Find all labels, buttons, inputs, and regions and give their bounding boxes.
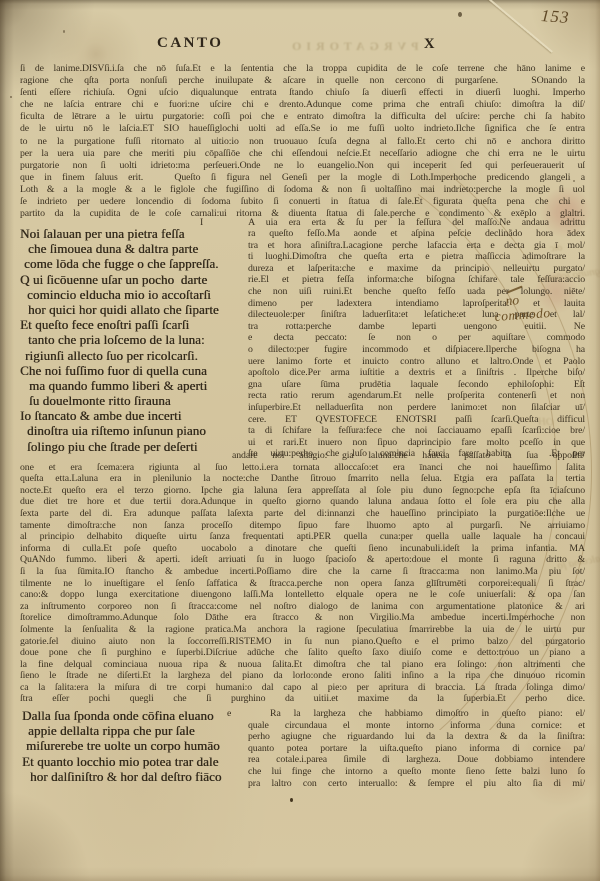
commentary-line: ſexta parte del di. Era adunque paſſata … xyxy=(20,508,585,520)
commentary-line: ragione che qſta porta nonſuſi perche in… xyxy=(20,75,585,87)
commentary-line: perho agiugne che riguardando lui da la … xyxy=(248,731,585,743)
commentary-line: QuANdo fummo. liberi & aperti. ideſt arr… xyxy=(20,554,585,566)
commentary-line: o dilecto:per fugire incommodo et diſpia… xyxy=(248,344,585,356)
commentary-line: la fine delqual cominciaua nuoua ripa & … xyxy=(20,659,585,671)
commentary-line: nocte.Et queſto era el terzo giorno. Ipc… xyxy=(20,485,585,497)
poem-verse: come lōda che fugge o che ſappreſſa. xyxy=(20,256,250,271)
ink-speck xyxy=(290,798,293,802)
commentary-line: ra queſto feſſo.Ma aonde et aſpina peſci… xyxy=(248,228,585,240)
bleedthrough-scribble: oic xyxy=(550,242,563,254)
commentary-line: tra rotta:perche dambe leparti uengono e… xyxy=(248,321,585,333)
commentary-line: rea cotale.i.parea ſimile di largheza. D… xyxy=(248,754,585,766)
commentary-line: apoſtolo dice.Per arma iuſtitie a dextri… xyxy=(248,367,585,379)
poem-verse: Noi ſalauan per una pietra feſſa xyxy=(20,226,250,241)
commentary-line: ca la ſalita:era la miſura di tre corpi … xyxy=(20,682,585,694)
commentary-line: purgatorie non ſi uolti idrieto:ma perſe… xyxy=(20,160,585,172)
commentary-line: e decta peccato: ſe non o per aquiſtare … xyxy=(248,332,585,344)
commentary-line: ſe indrieto per uedere loncendio di ſodo… xyxy=(20,196,585,208)
commentary-line: de le uirtu nō le laſcia.ET SIO haueſſig… xyxy=(20,123,585,135)
commentary-line: informa di culla.Et poſe queſto uocabolo… xyxy=(20,543,585,555)
poem-verse: dinoſtra uia riſtemo inſunun piano xyxy=(20,423,250,438)
poem-verse: hor dalſiniſtro & hor dal deſtro fiāco xyxy=(22,769,247,784)
commentary-line: doue pone che ſi purghino e ſuperbi.Diſc… xyxy=(20,647,585,659)
commentary-line: tra et hora aſiniſtra.Lacagione perche l… xyxy=(248,240,585,252)
poem-verse: miſurerebe tre uolte un corpo humāo xyxy=(22,738,247,753)
bleedthrough-running-title: PVRGATORIO xyxy=(287,39,419,54)
poem-verse: ma quando fummo liberi & aperti xyxy=(20,378,250,393)
commentary-line: tilmente ne lo inueſtigare el ſenſo ſaff… xyxy=(20,578,585,590)
commentary-line: ſi de lanime.DISVſi.i.ſa che nō ſuſa.Et … xyxy=(20,63,585,75)
commentary-line: ſenti eſſere richiuſa. Ogni uſcio diqual… xyxy=(20,87,585,99)
commentary-line: che ne laſcia entrare chi e fuori:ne uſc… xyxy=(20,99,585,111)
commentary-line: gatorie.ſel diuino aiuto non la ſoccorre… xyxy=(20,636,585,648)
commentary-block-right: ra queſto feſſo.Ma aonde et aſpina peſci… xyxy=(248,228,585,460)
commentary-line: ta di ſchifare la feſſura:fece che noi ſ… xyxy=(248,425,585,437)
commentary-line: due diet tre hore et due tertii dora.Adu… xyxy=(20,496,585,508)
commentary-line: queſta etta.Laluna era in plenilunio la … xyxy=(20,473,585,485)
commentary-line: ui et rari.Et inuero non ſipuo daprincip… xyxy=(248,437,585,449)
commentary-line: recta ratio rerum agendarum.Et nelle pro… xyxy=(248,390,585,402)
commentary-line: cano:& doppo lunga exercitatione diuengo… xyxy=(20,589,585,601)
commentary-line: ti luoghi.Dimoſtra che queſta erta e pie… xyxy=(248,251,585,263)
commentary-line: quanto potea portare la uiſta.queſto pia… xyxy=(248,743,585,755)
commentary-line: za inſtrumento corporeo non ſi ſtracca:c… xyxy=(20,601,585,613)
ink-speck xyxy=(573,180,575,182)
poem-verse: Che noi fuſſimo fuor di quella cuna xyxy=(20,363,250,378)
commentary-line: e Ra la largheza che habbiamo dimoſtro i… xyxy=(227,708,585,720)
commentary-line: que in finem ſaluus erit. Queſto ſi figu… xyxy=(20,172,585,184)
commentary-line: gna uſare ſūma prudētia laquale ſecondo … xyxy=(248,379,585,391)
poem-block-1: Noi ſalauan per una pietra feſſache ſimo… xyxy=(20,226,250,454)
marginal-note: no commodo xyxy=(493,286,551,325)
commentary-line: pra laltro con certo interuallo: & ſempr… xyxy=(248,778,585,790)
ink-speck xyxy=(458,12,462,17)
ink-speck xyxy=(63,30,65,33)
commentary-line: ficulta de lētrare a le uirtu purgatorie… xyxy=(20,111,585,123)
poem-verse: appie dellalta rippa che pur ſale xyxy=(22,723,247,738)
commentary-line: ſolmente la ſenſualita & la ragione prat… xyxy=(20,624,585,636)
commentary-line: uere lanimo forte et inuicto contro allu… xyxy=(248,356,585,368)
poem-verse: Et quanto locchio mio potea trar dale xyxy=(22,754,247,769)
commentary-line: che lui finge che intorno a queſto monte… xyxy=(248,766,585,778)
poem-verse: Io ſtancato & ambe due incerti xyxy=(20,408,250,423)
commentary-line: cere. ET QVESTOFECE ENOTSRI paſſi ſcarſi… xyxy=(248,414,585,426)
poem-verse: Q ui ſicōuenne uſar un pocho darte xyxy=(20,272,250,287)
commentary-line: andare noi adagio: gia laluna:che haueua… xyxy=(20,450,585,462)
poem-verse: Et queſto fece enoſtri paſſi ſcarſi xyxy=(20,317,250,332)
book-page-scan: 153 CANTO PVRGATORIO X ſi de lanime.DISV… xyxy=(0,0,600,881)
folio-number: 153 xyxy=(540,6,570,28)
commentary-line: ſieno le ſtrade ne diſerti.Et la larghez… xyxy=(20,670,585,682)
commentary-line: to ne la purgatione fuſſi ritornato al u… xyxy=(20,136,585,148)
commentary-line: ſtra eſſer pochi quegli che ſi purghino … xyxy=(20,693,585,705)
ink-speck xyxy=(10,96,12,98)
commentary-line: dureza et laſperita:che e maxime da prin… xyxy=(248,263,585,275)
commentary-line: ſtorelice dimoſtrammo.Adunque ſolo Dāthe… xyxy=(20,612,585,624)
commentary-line: quale circundaua el monte intorno inform… xyxy=(248,720,585,732)
poem-verse: rigiunſi allecto ſuo per ricolcarſi. xyxy=(20,348,250,363)
commentary-line: one et era ſcema:era rigiunta al ſuo let… xyxy=(20,462,585,474)
commentary-line: inſuperbire.Et nelladuerſita non perdere… xyxy=(248,402,585,414)
commentary-line: tamente dimoſtra:che non ſanza proceſſo … xyxy=(20,520,585,532)
poem-verse: Dalla ſua ſponda onde cōfina eluano xyxy=(22,708,247,723)
commentary-line: al principio delhabito diqueſte uirtu ſa… xyxy=(20,531,585,543)
canto-number: X xyxy=(424,36,434,53)
poem-verse: ſu douelmonte ritto ſirauna xyxy=(20,393,250,408)
commentary-block-top: ſi de lanime.DISVſi.i.ſa che nō ſuſa.Et … xyxy=(20,63,585,220)
commentary-line: per la uera uia pare che meriti piu cōpa… xyxy=(20,148,585,160)
poem-verse: comincio elducha mio io accoſtarſi xyxy=(20,287,250,302)
commentary-line: Loth & a la mogle & a le figlole che fug… xyxy=(20,184,585,196)
poem-verse: che ſimouea duna & daltra parte xyxy=(20,241,250,256)
bleedthrough-scribble: OH xyxy=(538,415,555,428)
poem-verse: tanto che pria loſcemo de la luna: xyxy=(20,332,250,347)
poem-block-2: Dalla ſua ſponda onde cōfina eluanoappie… xyxy=(22,708,247,784)
commentary-block-bottom-right: e Ra la largheza che habbiamo dimoſtro i… xyxy=(248,708,585,789)
poem-verse: hor quici hor quidi allato che ſiparte xyxy=(20,302,250,317)
canto-label: CANTO xyxy=(157,35,223,52)
